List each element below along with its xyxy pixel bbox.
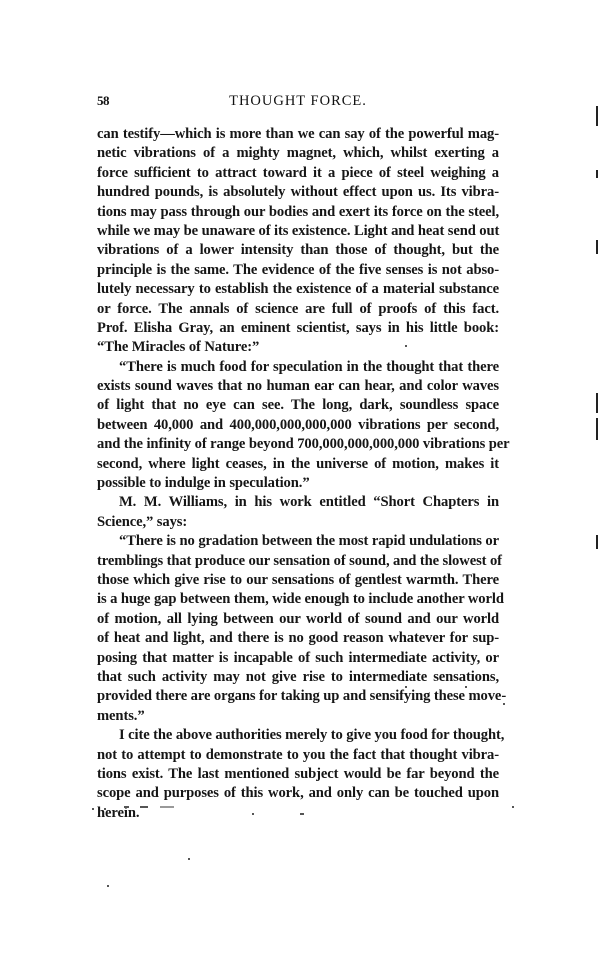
running-title: THOUGHT FORCE. — [97, 93, 499, 110]
scan-speck — [405, 686, 407, 688]
text-line: while we may be unaware of its existence… — [97, 222, 499, 241]
text-line: provided there are organs for taking up … — [97, 687, 499, 706]
block-quote-williams: “There is no gradation between the most … — [97, 532, 499, 726]
text-line: principle is the same. The evidence of t… — [97, 261, 499, 280]
text-line: can testify—which is more than we can sa… — [97, 125, 499, 144]
text-line: of light that no eye can see. The long, … — [97, 396, 499, 415]
text-line: not to attempt to demonstrate to you the… — [97, 746, 499, 765]
text-line: ments.” — [97, 707, 499, 726]
text-line: I cite the above authorities merely to g… — [97, 726, 499, 745]
scan-speck — [188, 858, 190, 860]
text-line: “The Miracles of Nature:” — [97, 338, 499, 357]
text-line: hundred pounds, is absolutely without ef… — [97, 183, 499, 202]
scan-margin-mark — [596, 393, 598, 413]
text-line: of heat and light, and there is no good … — [97, 629, 499, 648]
text-line: of motion, all lying between our world o… — [97, 610, 499, 629]
scan-speck — [465, 686, 467, 688]
text-line: that such activity may not give rise to … — [97, 668, 499, 687]
text-line: those which give rise to our sensations … — [97, 571, 499, 590]
text-line: M. M. Williams, in his work entitled “Sh… — [97, 493, 499, 512]
text-line: Science,” says: — [97, 513, 499, 532]
scan-speck — [107, 885, 109, 887]
running-head: 58 THOUGHT FORCE. — [97, 93, 499, 113]
text-line: and the infinity of range beyond 700,000… — [97, 435, 499, 454]
text-line: force sufficient to attract toward it a … — [97, 164, 499, 183]
scan-margin-mark — [596, 106, 598, 126]
paragraph: I cite the above authorities merely to g… — [97, 726, 499, 823]
scan-speck — [140, 806, 148, 808]
text-line: between 40,000 and 400,000,000,000,000 v… — [97, 416, 499, 435]
text-line: “There is much food for speculation in t… — [97, 358, 499, 377]
text-line: posing that matter is incapable of such … — [97, 649, 499, 668]
scan-margin-mark — [596, 240, 598, 254]
paragraph: can testify—which is more than we can sa… — [97, 125, 499, 358]
text-line: possible to indulge in speculation.” — [97, 474, 499, 493]
text-line: is a huge gap between them, wide enough … — [97, 590, 499, 609]
text-line: vibrations of a lower intensity than tho… — [97, 241, 499, 260]
text-line: tremblings that produce our sensation of… — [97, 552, 499, 571]
scan-margin-mark — [596, 535, 598, 549]
text-line: tions may pass through our bodies and ex… — [97, 203, 499, 222]
scan-speck — [405, 345, 407, 347]
text-line: tions exist. The last mentioned subject … — [97, 765, 499, 784]
scan-speck — [503, 703, 505, 705]
scan-speck — [160, 806, 174, 808]
scan-margin-mark — [596, 418, 598, 440]
text-line: Prof. Elisha Gray, an eminent scientist,… — [97, 319, 499, 338]
text-line: netic vibrations of a mighty magnet, whi… — [97, 144, 499, 163]
text-line: second, where light ceases, in the unive… — [97, 455, 499, 474]
text-line: herein. — [97, 804, 499, 823]
scan-speck — [512, 806, 514, 808]
scan-margin-mark — [596, 170, 598, 178]
text-line: or force. The annals of science are full… — [97, 300, 499, 319]
scan-speck — [92, 808, 94, 810]
text-line: scope and purposes of this work, and onl… — [97, 784, 499, 803]
block-quote-gray: “There is much food for speculation in t… — [97, 358, 499, 494]
book-page: 58 THOUGHT FORCE. can testify—which is m… — [0, 0, 600, 978]
text-line: exists sound waves that no human ear can… — [97, 377, 499, 396]
scan-speck — [252, 813, 254, 815]
text-line: “There is no gradation between the most … — [97, 532, 499, 551]
scan-speck — [104, 808, 106, 810]
text-line: lutely necessary to establish the existe… — [97, 280, 499, 299]
scan-speck — [124, 806, 129, 808]
scan-speck — [300, 813, 304, 815]
body-text: can testify—which is more than we can sa… — [97, 125, 499, 823]
paragraph: M. M. Williams, in his work entitled “Sh… — [97, 493, 499, 532]
